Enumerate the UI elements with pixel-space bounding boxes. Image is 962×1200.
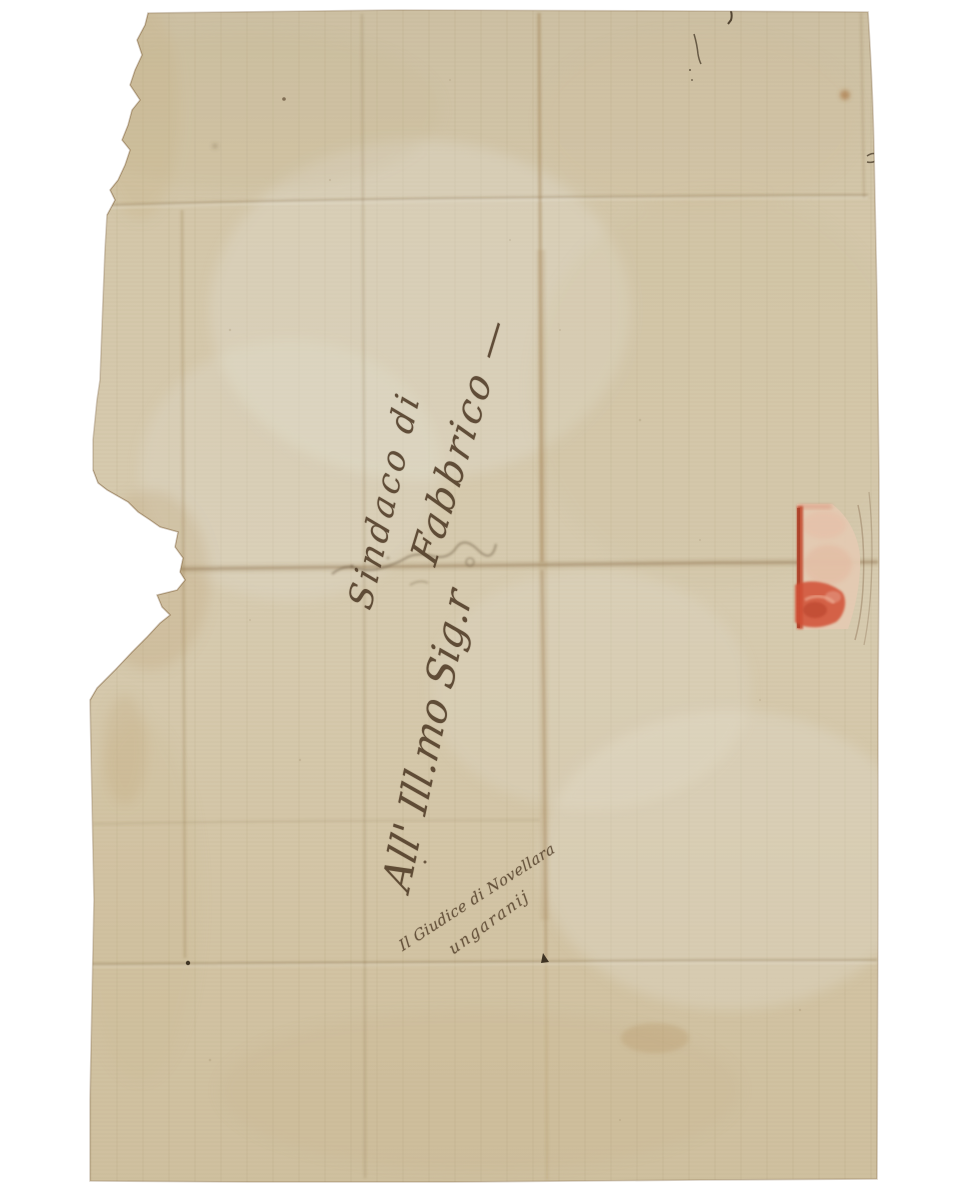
- paper-artwork: [0, 0, 962, 1200]
- foxing-spot: [840, 90, 850, 100]
- fold-speck: [186, 961, 190, 965]
- letter-scan: All' Ill.mo Sig.r Sindaco di Fabbrico — …: [0, 0, 962, 1200]
